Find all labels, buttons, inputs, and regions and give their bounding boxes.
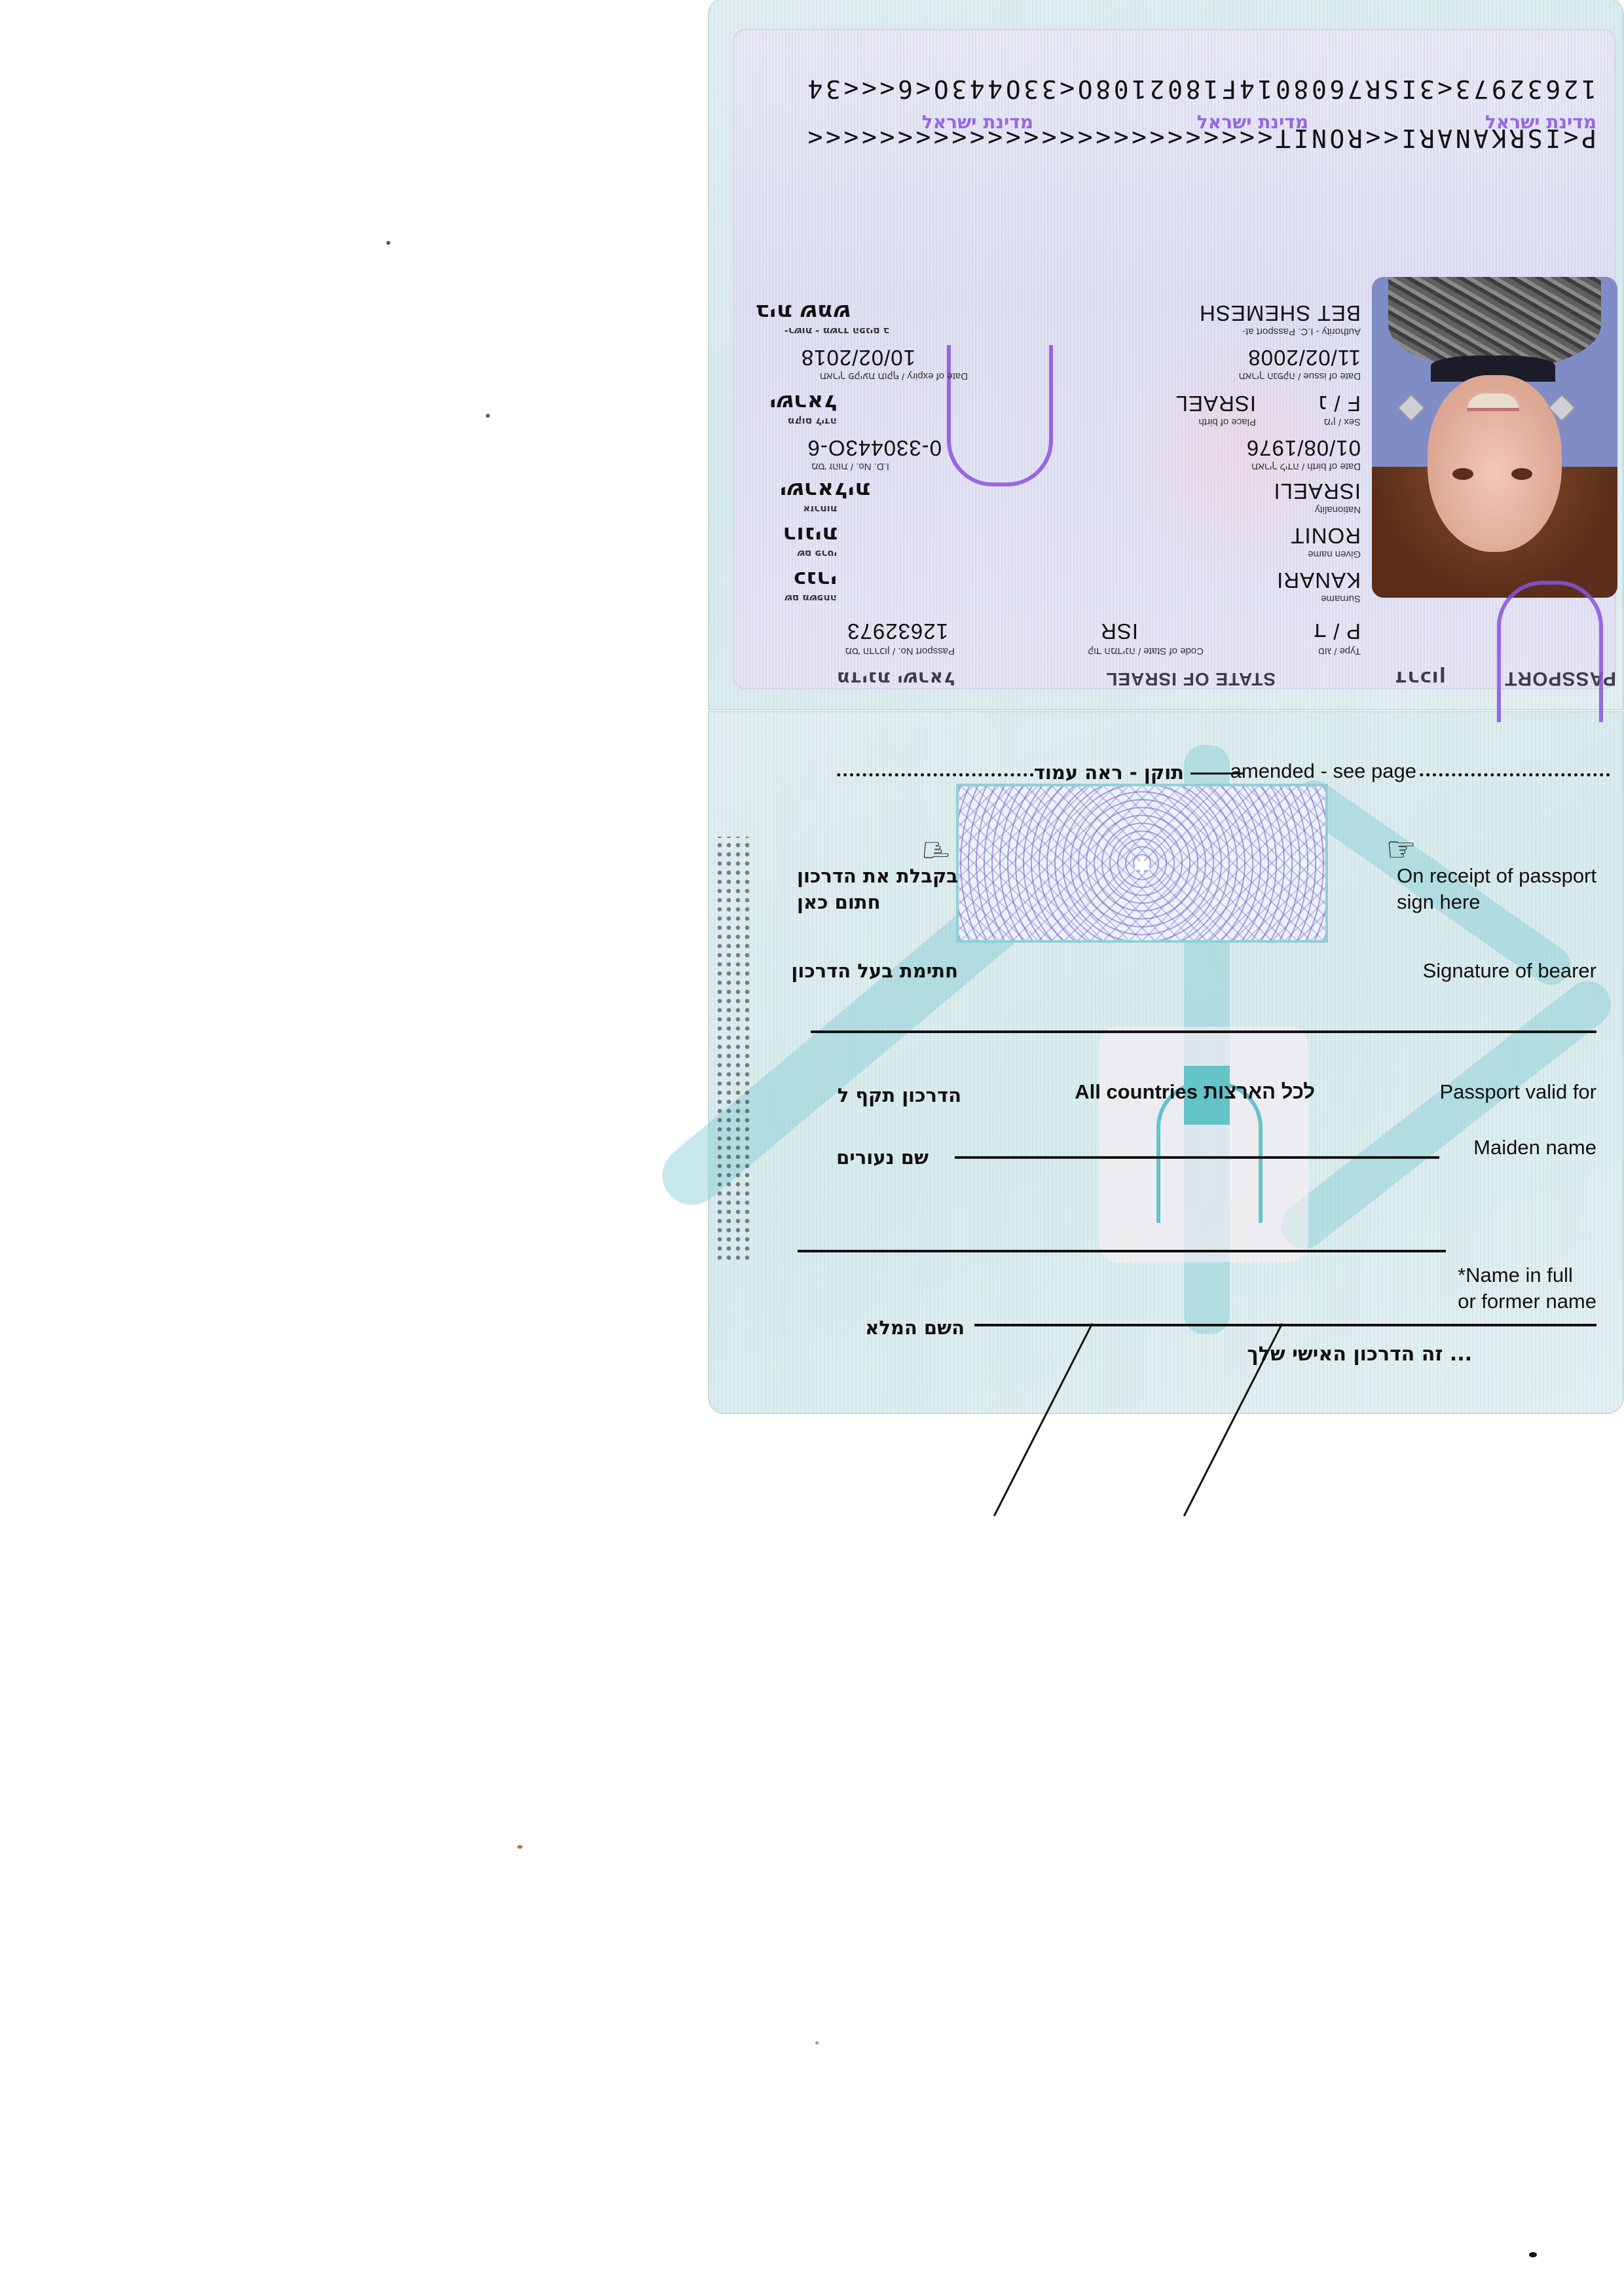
state-title-hebrew: מדינת ישראל <box>836 668 955 689</box>
background-swoosh <box>1272 972 1620 1258</box>
name-in-full-text: *Name in full <box>1458 1262 1596 1288</box>
surname-hebrew-label: שם משפחה <box>784 592 837 604</box>
star-icon: ✱ <box>1130 852 1154 876</box>
name-hebrew-label: השם המלא <box>865 1315 965 1341</box>
scan-speck <box>486 414 490 418</box>
state-title: STATE OF ISRAEL <box>1105 668 1276 689</box>
date-of-birth-value: 01/08/1976 <box>1246 435 1361 460</box>
signature-of-bearer-label: Signature of bearer <box>1423 958 1596 984</box>
receipt-hebrew-text-1: בקבלת את הדרכון <box>797 863 958 889</box>
given-name-hebrew-value: רונית <box>783 522 837 548</box>
scan-speck <box>1529 2252 1537 2257</box>
date-of-birth-label: Date of birth / תאריך לידה <box>1251 461 1361 472</box>
amended-label: amended - see page <box>1230 758 1416 784</box>
passport-number-value: 12632973 <box>847 619 948 644</box>
scan-speck <box>815 2041 819 2045</box>
signature-box[interactable]: ✱ <box>956 784 1328 943</box>
cancel-stroke <box>1183 1323 1283 1516</box>
surname-hebrew-value: כנרי <box>793 567 837 592</box>
amended-hebrew: תוקן - ראה עמוד <box>1034 759 1184 786</box>
passport-title-hebrew: דרכון <box>1395 666 1446 689</box>
nationality-label: Nationality <box>1315 504 1361 515</box>
authority-label: Authority - I.C. Passport at- <box>1242 326 1361 337</box>
type-label: Type / סוג <box>1318 646 1361 657</box>
receipt-label: On receipt of passport sign here <box>1397 863 1596 915</box>
authority-hebrew-value: בית שמש <box>755 300 850 325</box>
given-name-hebrew-label: שם פרטי <box>797 548 837 560</box>
date-of-issue-label: Date of issue / תאריך הנפקה <box>1239 371 1361 382</box>
heading-hebrew: זה הדרכון האישי שלך ... <box>1247 1343 1472 1366</box>
code-of-state-label: Code of State / קוד המדינה <box>1088 646 1204 657</box>
name-field-line <box>974 1324 1596 1326</box>
place-of-birth-hebrew-label: מקום לידה <box>788 416 837 428</box>
passport-scan: זה הדרכון האישי שלך ... *Name in full or… <box>710 0 1624 1414</box>
code-of-state-value: ISR <box>1100 619 1138 644</box>
receipt-text: On receipt of passport <box>1397 863 1596 889</box>
mrz-line-1: P<ISRKANARI<<RONIT<<<<<<<<<<<<<<<<<<<<<<… <box>805 124 1596 153</box>
mrz-line-2: 12632973<3ISR7608014F1802108O<33O443O<6<… <box>805 75 1596 103</box>
maiden-name-hebrew: שם נעורים <box>836 1144 929 1171</box>
nationality-hebrew-label: אזרחות <box>803 503 837 515</box>
date-of-expiry-label: Date of expiry / תאריך פקיעת תוקף <box>820 371 968 382</box>
menorah-stamp-icon <box>1498 585 1610 696</box>
amended-blank <box>1190 773 1243 774</box>
pointing-hand-icon: ☞ <box>1386 830 1416 869</box>
place-of-birth-hebrew-value: ישראל <box>769 390 837 416</box>
surname-value: KANARI <box>1276 568 1361 592</box>
sign-here-text: sign here <box>1397 889 1596 915</box>
maiden-name-line <box>955 1156 1439 1159</box>
given-name-value: RONIT <box>1290 523 1361 548</box>
amended-dotted-line <box>837 773 1033 776</box>
place-of-birth-label: Place of birth <box>1198 416 1256 428</box>
scan-speck <box>386 241 390 245</box>
sex-value: F / נ <box>1318 391 1361 416</box>
place-of-birth-value: ISRAEL <box>1175 391 1256 416</box>
valid-for-value: All countries לכל הארצות <box>1075 1079 1315 1105</box>
maiden-name-label: Maiden name <box>1473 1135 1596 1161</box>
valid-for-hebrew: הדרכון תקף ל <box>838 1082 961 1108</box>
signature-page: זה הדרכון האישי שלך ... *Name in full or… <box>708 711 1624 1414</box>
name-hebrew-text: השם המלא <box>865 1315 965 1341</box>
receipt-hebrew: בקבלת את הדרכון חתום כאן <box>797 863 958 915</box>
amended-dotted-line <box>1420 773 1610 776</box>
laser-perforated-number <box>712 837 752 1262</box>
cancel-stroke <box>993 1323 1093 1516</box>
passport-number-label: Passport No. / מס' הדרכון <box>845 646 955 657</box>
valid-for-line <box>811 1030 1596 1033</box>
authority-hebrew-label: רשות - משרד הפנים ב- <box>784 325 889 337</box>
id-number-value: 0-330443O-6 <box>807 435 942 460</box>
receipt-hebrew-text-2: חתום כאן <box>797 889 958 915</box>
holder-photo <box>1372 277 1617 598</box>
nationality-hebrew-value: ישראלית <box>779 478 870 503</box>
authority-value: BET SHEMESH <box>1199 301 1361 325</box>
former-name-line <box>798 1250 1446 1252</box>
scan-speck <box>517 1845 523 1849</box>
signature-hebrew-label: חתימת בעל הדרכון <box>791 958 958 984</box>
data-page: PASSPORT דרכון STATE OF ISRAEL מדינת ישר… <box>708 0 1624 710</box>
given-name-label: Given name <box>1308 549 1361 560</box>
name-in-full-label: *Name in full or former name <box>1458 1262 1596 1315</box>
nationality-value: ISRAELI <box>1273 479 1361 503</box>
menorah-emblem-icon <box>1132 1046 1282 1243</box>
date-of-expiry-value: 10/02/2018 <box>801 345 915 370</box>
date-of-issue-value: 11/02/2008 <box>1247 345 1361 370</box>
sex-label: Sex / מין <box>1324 416 1361 428</box>
type-value: P / ד <box>1314 619 1361 644</box>
id-number-label: I.D. No. / מס' זהות <box>811 461 889 472</box>
valid-for-label: Passport valid for <box>1440 1079 1597 1105</box>
former-name-text: or former name <box>1458 1288 1596 1315</box>
surname-label: Surname <box>1321 593 1361 604</box>
